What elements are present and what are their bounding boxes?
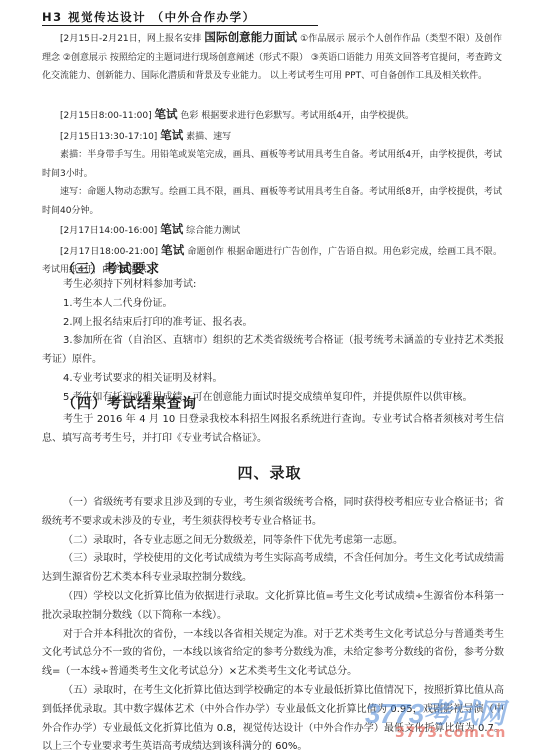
- schedule-item: [2月15日13:30-17:10] 笔试 素描、速写: [42, 126, 502, 147]
- exam-requirements-list: 考生必须持下列材料参加考试: 1.考生本人二代身份证。 2.网上报名结束后打印的…: [42, 276, 504, 408]
- admission-rules: （一）省级统考有要求且涉及到的专业，考生须省级统考合格，同时获得校考相应专业合格…: [42, 494, 504, 756]
- result-query-heading: （四）考试结果查询: [62, 393, 197, 413]
- exam-requirements-heading: （三）考试要求: [62, 258, 160, 277]
- result-query-text: 考生于 2016 年 4 月 10 日登录我校本科招生网报名系统进行查询。专业考…: [42, 411, 504, 449]
- exam-schedule: [2月15日-2月21日，网上报名安排 国际创意能力面试 ①作品展示 展示个人创…: [42, 28, 502, 86]
- admission-paragraph: （三）录取时，学校使用的文化考试成绩为考生实际高考成绩，不含任何加分。考生文化考…: [42, 550, 504, 588]
- schedule-detail: 速写：命题人物动态默写。绘画工具不限，画具、画板等考试用具考生自备。考试用纸8开…: [42, 183, 502, 220]
- exam-type: 笔试: [154, 107, 177, 121]
- exam-type: 笔试: [161, 243, 184, 257]
- requirement-item: 3.参加所在省（自治区、直辖市）组织的艺术类省级统考合格证（报考统考未涵盖的专业…: [42, 332, 504, 370]
- schedule-content: 素描、速写: [186, 132, 231, 142]
- admission-paragraph: （四）学校以文化折算比值为依据进行录取。文化折算比值=考生文化考试成绩÷生源省份…: [42, 588, 504, 626]
- exam-type: 笔试: [160, 222, 183, 236]
- schedule-detail: 素描：半身带手写生。用铅笔或炭笔完成，画具、画板等考试用具考生自备。考试用纸4开…: [42, 146, 502, 183]
- schedule-time: [2月15日-2月21日，网上报名安排: [60, 34, 201, 44]
- exam-schedule-written: [2月15日8:00-11:00] 笔试 色彩 根据要求进行色彩默写。考试用纸4…: [42, 105, 502, 280]
- requirement-item: 4.专业考试要求的相关证明及材料。: [42, 370, 504, 389]
- requirements-intro: 考生必须持下列材料参加考试:: [42, 276, 504, 295]
- admission-paragraph: （一）省级统考有要求且涉及到的专业，考生须省级统考合格，同时获得校考相应专业合格…: [42, 494, 504, 532]
- admission-paragraph: （五）录取时，在考生文化折算比值达到学校确定的本专业最低折算比值情况下，按照折算…: [42, 682, 504, 756]
- schedule-content: 综合能力测试: [186, 226, 240, 236]
- result-query-text-block: 考生于 2016 年 4 月 10 日登录我校本科招生网报名系统进行查询。专业考…: [42, 411, 504, 449]
- schedule-item: [2月15日-2月21日，网上报名安排 国际创意能力面试 ①作品展示 展示个人创…: [42, 28, 502, 86]
- schedule-time: [2月17日14:00-16:00]: [60, 226, 157, 236]
- schedule-item: [2月17日14:00-16:00] 笔试 综合能力测试: [42, 220, 502, 241]
- schedule-time: [2月17日18:00-21:00]: [60, 247, 158, 257]
- schedule-item: [2月15日8:00-11:00] 笔试 色彩 根据要求进行色彩默写。考试用纸4…: [42, 105, 502, 126]
- admission-heading: 四、录取: [0, 462, 539, 483]
- admission-paragraph: （二）录取时，各专业志愿之间无分数级差，同等条件下优先考虑第一志愿。: [42, 532, 504, 551]
- admission-paragraph: 对于合并本科批次的省份，一本线以各省相关规定为准。对于艺术类考生文化考试总分与普…: [42, 626, 504, 682]
- requirement-item: 1.考生本人二代身份证。: [42, 295, 504, 314]
- schedule-content: 色彩 根据要求进行色彩默写。考试用纸4开，由学校提供。: [180, 111, 414, 121]
- requirement-item: 2.网上报名结束后打印的准考证、报名表。: [42, 314, 504, 333]
- exam-type: 国际创意能力面试: [204, 30, 297, 44]
- exam-type: 笔试: [160, 128, 183, 142]
- schedule-time: [2月15日8:00-11:00]: [60, 111, 152, 121]
- program-title: H3 视觉传达设计 （中外合作办学）: [42, 10, 318, 26]
- schedule-time: [2月15日13:30-17:10]: [60, 132, 157, 142]
